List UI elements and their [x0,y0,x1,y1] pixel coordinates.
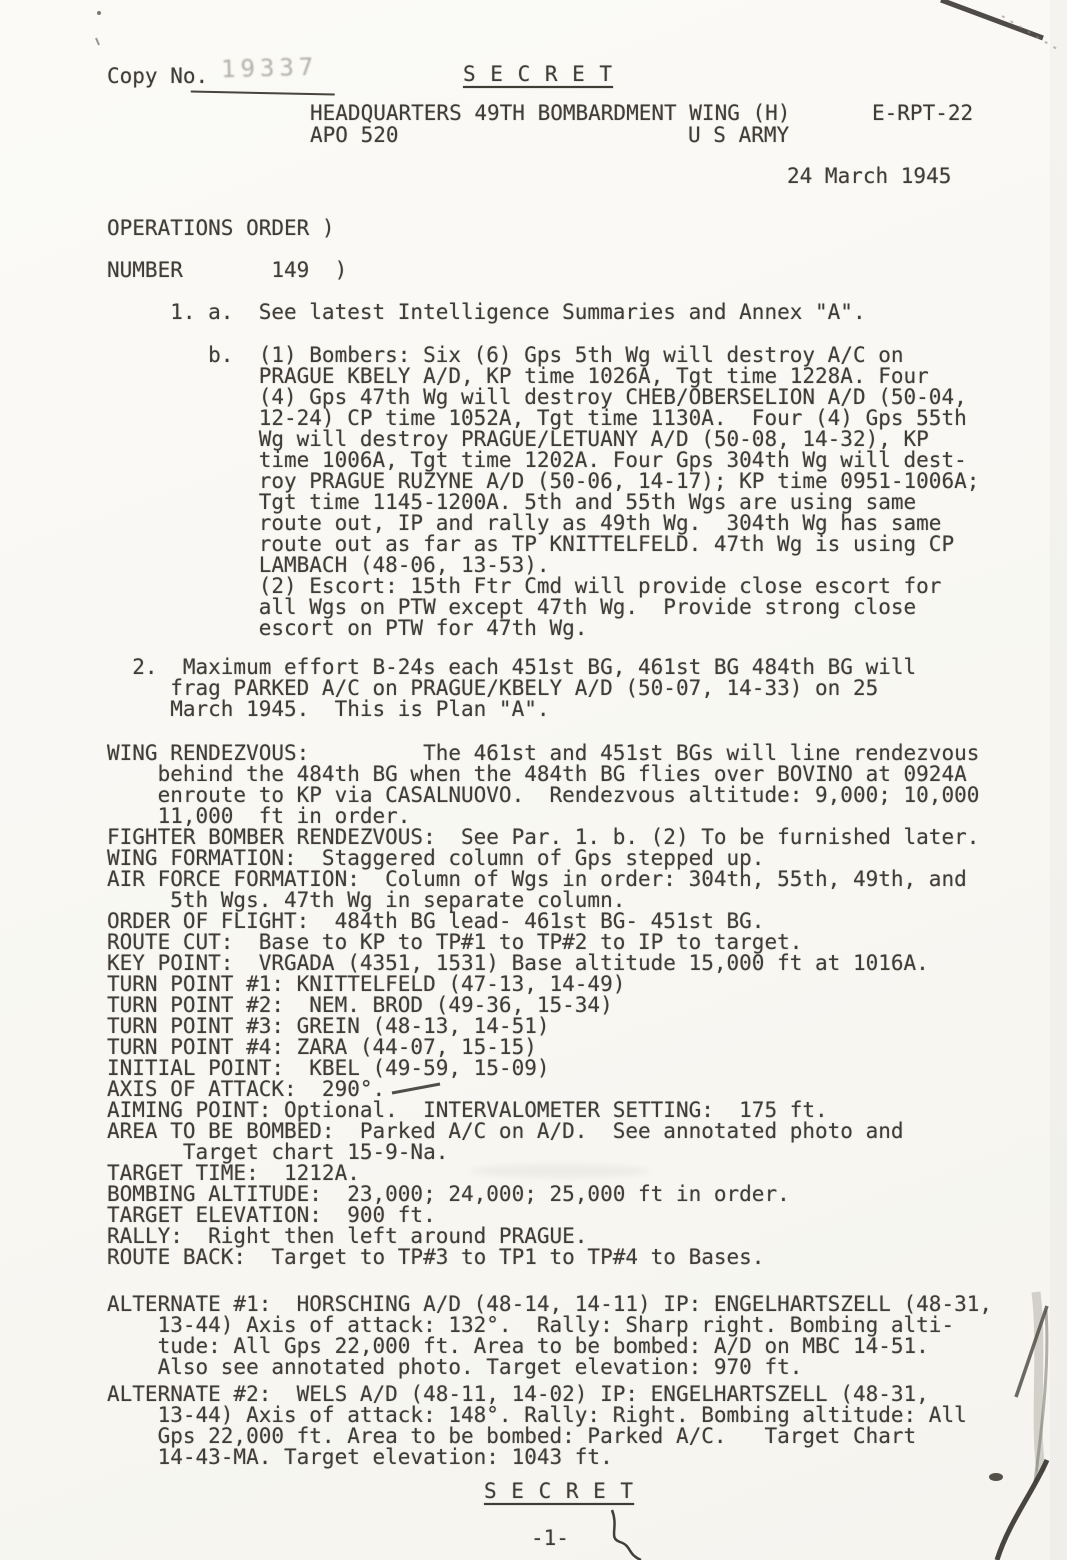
section-para-1a: 1. a. See latest Intelligence Summaries … [107,302,1047,323]
document-line: frag PARKED A/C on PRAGUE/KBELY A/D (50-… [107,678,1047,699]
document-line: WING RENDEZVOUS: The 461st and 451st BGs… [107,743,1047,764]
document-line: Target chart 15-9-Na. [107,1142,1047,1163]
date-line: 24 March 1945 [787,166,951,187]
document-line: TURN POINT #2: NEM. BROD (49-36, 15-34) [107,995,1047,1016]
document-line: ALTERNATE #1: HORSCHING A/D (48-14, 14-1… [107,1294,1047,1315]
report-number: E-RPT-22 [872,103,973,124]
document-line: route out, IP and rally as 49th Wg. 304t… [107,513,1047,534]
copy-number-blank-line [191,66,336,95]
document-line: 5th Wgs. 47th Wg in separate column. [107,890,1047,911]
document-line: time 1006A, Tgt time 1202A. Four Gps 304… [107,450,1047,471]
document-line: Gps 22,000 ft. Area to be bombed: Parked… [107,1426,1047,1447]
classification-banner-bottom: S E C R E T [484,1481,634,1502]
document-line: tude: All Gps 22,000 ft. Area to be bomb… [107,1336,1047,1357]
section-operations-order: OPERATIONS ORDER ) [107,218,1047,239]
section-mission-fields: WING RENDEZVOUS: The 461st and 451st BGs… [107,743,1047,1268]
document-line: TURN POINT #1: KNITTELFELD (47-13, 14-49… [107,974,1047,995]
document-line: (2) Escort: 15th Ftr Cmd will provide cl… [107,576,1047,597]
document-line: 13-44) Axis of attack: 132°. Rally: Shar… [107,1315,1047,1336]
document-line: 13-44) Axis of attack: 148°. Rally: Righ… [107,1405,1047,1426]
document-body: OPERATIONS ORDER )NUMBER 149 ) 1. a. See… [107,210,1047,1468]
document-line: TARGET ELEVATION: 900 ft. [107,1205,1047,1226]
document-line: 12-24) CP time 1052A, Tgt time 1130A. Fo… [107,408,1047,429]
section-number: NUMBER 149 ) [107,260,1047,281]
document-line: behind the 484th BG when the 484th BG fl… [107,764,1047,785]
document-line: TURN POINT #3: GREIN (48-13, 14-51) [107,1016,1047,1037]
pen-squiggle-mark [612,1510,641,1560]
document-line: 11,000 ft in order. [107,806,1047,827]
document-line: Tgt time 1145-1200A. 5th and 55th Wgs ar… [107,492,1047,513]
document-line: March 1945. This is Plan "A". [107,699,1047,720]
corner-crease-mark [941,0,1043,38]
document-line: KEY POINT: VRGADA (4351, 1531) Base alti… [107,953,1047,974]
corner-crease-faint-mark [1002,16,1062,52]
document-page: Copy No. 19337 S E C R E T HEADQUARTERS … [0,0,1067,1560]
document-line: ROUTE BACK: Target to TP#3 to TP1 to TP#… [107,1247,1047,1268]
section-alternate-1: ALTERNATE #1: HORSCHING A/D (48-14, 14-1… [107,1294,1047,1378]
document-line: enroute to KP via CASALNUOVO. Rendezvous… [107,785,1047,806]
document-line: FIGHTER BOMBER RENDEZVOUS: See Par. 1. b… [107,827,1047,848]
document-line: OPERATIONS ORDER ) [107,218,1047,239]
corner-crease-stroke [997,1460,1047,1560]
document-line: ROUTE CUT: Base to KP to TP#1 to TP#2 to… [107,932,1047,953]
document-line: TURN POINT #4: ZARA (44-07, 15-15) [107,1037,1047,1058]
document-line: roy PRAGUE RUZYNE A/D (50-06, 14-17); KP… [107,471,1047,492]
army-line: U S ARMY [688,125,789,146]
document-line: AXIS OF ATTACK: 290°. [107,1079,1047,1100]
speck-mark [97,11,101,15]
document-line: b. (1) Bombers: Six (6) Gps 5th Wg will … [107,345,1047,366]
document-line: ORDER OF FLIGHT: 484th BG lead- 461st BG… [107,911,1047,932]
section-para-2: 2. Maximum effort B-24s each 451st BG, 4… [107,657,1047,720]
document-line: TARGET TIME: 1212A. [107,1163,1047,1184]
edge-shading [1050,0,1067,1560]
document-line: LAMBACH (48-06, 13-53). [107,555,1047,576]
document-line: escort on PTW for 47th Wg. [107,618,1047,639]
document-line: AIR FORCE FORMATION: Column of Wgs in or… [107,869,1047,890]
document-line: RALLY: Right then left around PRAGUE. [107,1226,1047,1247]
document-line: (4) Gps 47th Wg will destroy CHEB/OBERSE… [107,387,1047,408]
document-line: route out as far as TP KNITTELFELD. 47th… [107,534,1047,555]
classification-banner-top: S E C R E T [463,64,613,85]
document-line: AIMING POINT: Optional. INTERVALOMETER S… [107,1100,1047,1121]
document-line: BOMBING ALTITUDE: 23,000; 24,000; 25,000… [107,1184,1047,1205]
document-line: 1. a. See latest Intelligence Summaries … [107,302,1047,323]
document-line: INITIAL POINT: KBEL (49-59, 15-09) [107,1058,1047,1079]
headquarters-line: HEADQUARTERS 49TH BOMBARDMENT WING (H) [310,103,790,124]
page-number: -1- [531,1528,569,1549]
document-line: Also see annotated photo. Target elevati… [107,1357,1047,1378]
document-line: WING FORMATION: Staggered column of Gps … [107,848,1047,869]
speck-mark [96,38,99,45]
document-line: 14-43-MA. Target elevation: 1043 ft. [107,1447,1047,1468]
document-line: 2. Maximum effort B-24s each 451st BG, 4… [107,657,1047,678]
document-line: NUMBER 149 ) [107,260,1047,281]
ink-blob [989,1473,1003,1481]
document-line: Wg will destroy PRAGUE/LETUANY A/D (50-0… [107,429,1047,450]
section-alternate-2: ALTERNATE #2: WELS A/D (48-11, 14-02) IP… [107,1384,1047,1468]
document-line: ALTERNATE #2: WELS A/D (48-11, 14-02) IP… [107,1384,1047,1405]
apo-line: APO 520 [310,125,399,146]
document-line: all Wgs on PTW except 47th Wg. Provide s… [107,597,1047,618]
document-line: AREA TO BE BOMBED: Parked A/C on A/D. Se… [107,1121,1047,1142]
document-line: PRAGUE KBELY A/D, KP time 1026A, Tgt tim… [107,366,1047,387]
section-para-1b: b. (1) Bombers: Six (6) Gps 5th Wg will … [107,345,1047,639]
